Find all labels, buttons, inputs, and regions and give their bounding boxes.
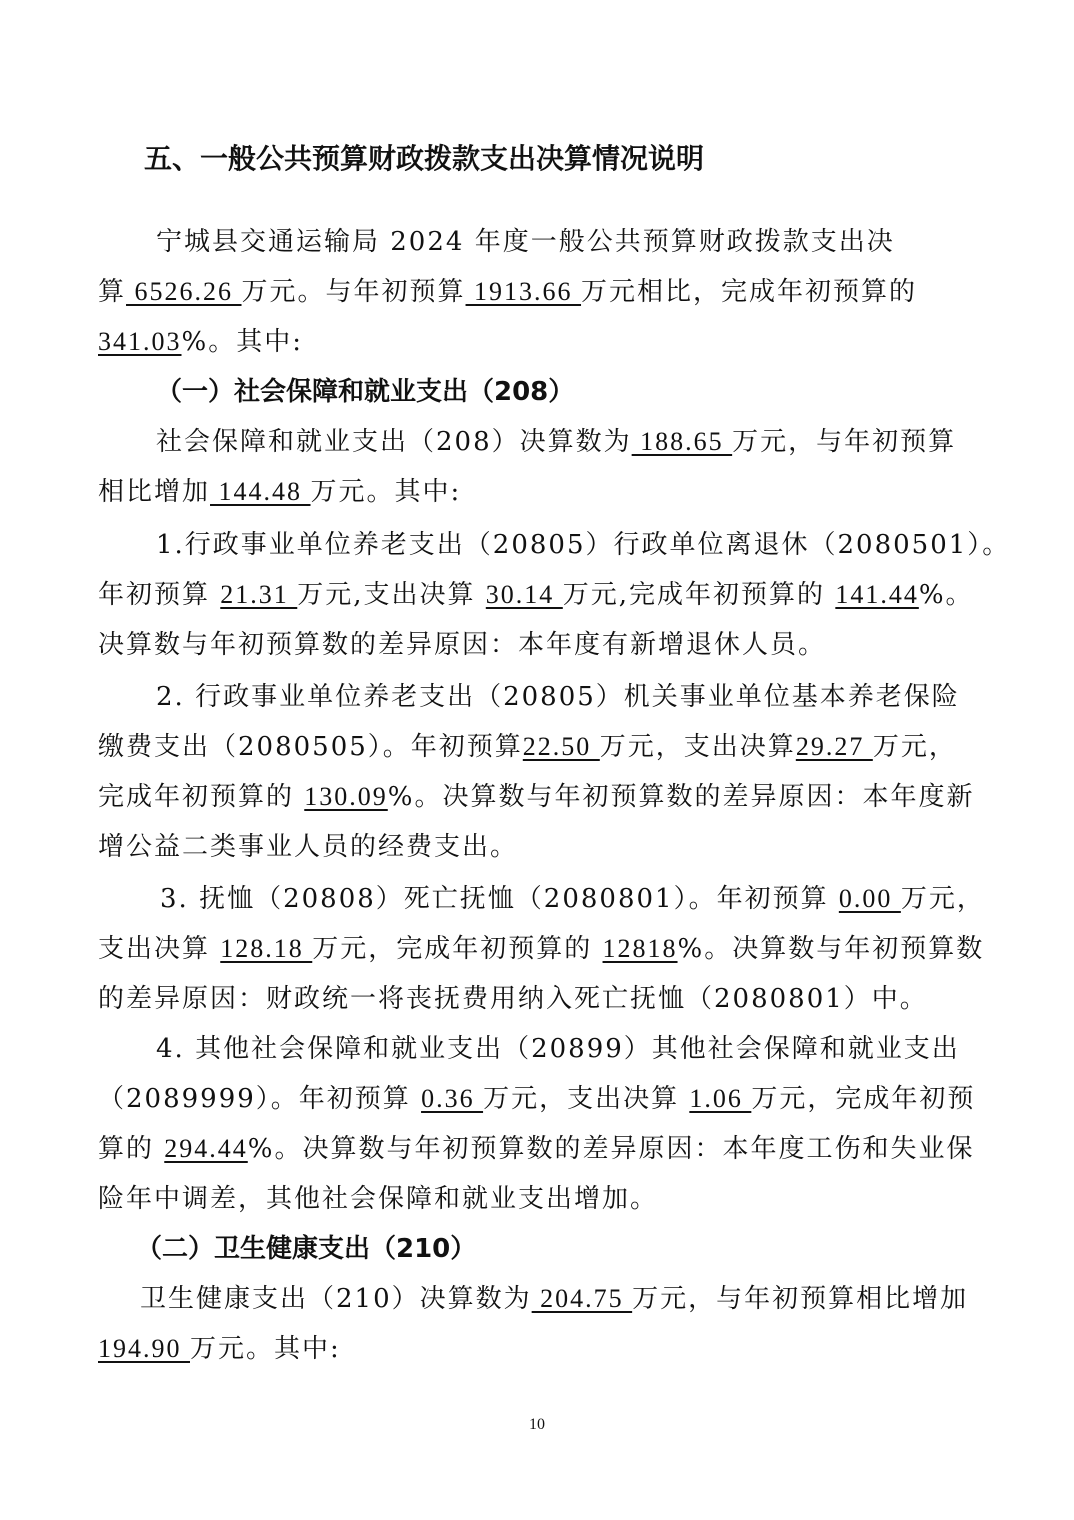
page-number: 10 — [0, 1416, 1074, 1434]
section-210-amount: 204.75 — [532, 1284, 633, 1313]
item-1-line-2: 年初预算 21.31 万元,支出决算 30.14 万元,完成年初预算的 141.… — [98, 578, 974, 612]
section-210-summary-line-1: 卫生健康支出（210）决算数为 204.75 万元，与年初预算相比增加 — [140, 1282, 968, 1316]
completion-rate-value: 341.03 — [98, 327, 182, 356]
section-208-amount: 188.65 — [632, 427, 733, 456]
section-208-increase: 144.48 — [210, 477, 311, 506]
subsection-heading-210: （二）卫生健康支出（210） — [136, 1232, 476, 1266]
intro-line-1: 宁城县交通运输局 2024 年度一般公共预算财政拨款支出决 — [156, 225, 895, 259]
item-4-line-3: 算的 294.44%。决算数与年初预算数的差异原因：本年度工伤和失业保 — [98, 1132, 974, 1166]
item-1-line-1: 1.行政事业单位养老支出（20805）行政单位离退休（2080501）。 — [156, 528, 1010, 562]
item-4-budget: 0.36 — [421, 1084, 483, 1113]
item-4-actual: 1.06 — [689, 1084, 751, 1113]
item-1-line-3: 决算数与年初预算数的差异原因：本年度有新增退休人员。 — [98, 628, 826, 662]
section-title: 五、一般公共预算财政拨款支出决算情况说明 — [144, 142, 704, 176]
item-2-rate: 130.09 — [304, 782, 388, 811]
initial-budget-value: 1913.66 — [466, 277, 582, 306]
section-208-summary-line-1: 社会保障和就业支出（208）决算数为 188.65 万元，与年初预算 — [156, 425, 956, 459]
item-2-line-3: 完成年初预算的 130.09%。决算数与年初预算数的差异原因：本年度新 — [98, 780, 974, 814]
item-1-actual: 30.14 — [486, 580, 563, 609]
item-2-line-1: 2. 行政事业单位养老支出（20805）机关事业单位基本养老保险 — [156, 680, 960, 714]
item-1-budget: 21.31 — [220, 580, 297, 609]
subsection-heading-208: （一）社会保障和就业支出（208） — [156, 375, 574, 409]
item-3-line-3: 的差异原因：财政统一将丧抚费用纳入死亡抚恤（2080801）中。 — [98, 982, 928, 1016]
total-expense-value: 6526.26 — [126, 277, 242, 306]
item-2-line-4: 增公益二类事业人员的经费支出。 — [98, 830, 518, 864]
item-3-rate: 12818 — [603, 934, 678, 963]
section-210-increase: 194.90 — [98, 1334, 190, 1363]
item-4-rate: 294.44 — [164, 1134, 248, 1163]
item-3-line-1: 3. 抚恤（20808）死亡抚恤（2080801）。年初预算 0.00 万元， — [160, 882, 985, 916]
section-208-summary-line-2: 相比增加 144.48 万元。其中: — [98, 475, 461, 509]
intro-line-2: 算 6526.26 万元。与年初预算 1913.66 万元相比，完成年初预算的 — [98, 275, 917, 309]
item-2-line-2: 缴费支出（2080505）。年初预算22.50 万元，支出决算29.27 万元， — [98, 730, 957, 764]
item-4-line-1: 4. 其他社会保障和就业支出（20899）其他社会保障和就业支出 — [156, 1032, 960, 1066]
intro-line-3: 341.03%。其中: — [98, 325, 303, 359]
section-210-summary-line-2: 194.90 万元。其中: — [98, 1332, 341, 1366]
item-2-actual: 29.27 — [796, 732, 873, 761]
item-4-line-2: （2089999）。年初预算 0.36 万元，支出决算 1.06 万元，完成年初… — [98, 1082, 975, 1116]
item-4-line-4: 险年中调差，其他社会保障和就业支出增加。 — [98, 1182, 658, 1216]
item-3-budget: 0.00 — [839, 884, 901, 913]
item-1-rate: 141.44 — [835, 580, 919, 609]
item-3-actual: 128.18 — [220, 934, 312, 963]
item-2-budget: 22.50 — [523, 732, 600, 761]
item-3-line-2: 支出决算 128.18 万元，完成年初预算的 12818%。决算数与年初预算数 — [98, 932, 984, 966]
